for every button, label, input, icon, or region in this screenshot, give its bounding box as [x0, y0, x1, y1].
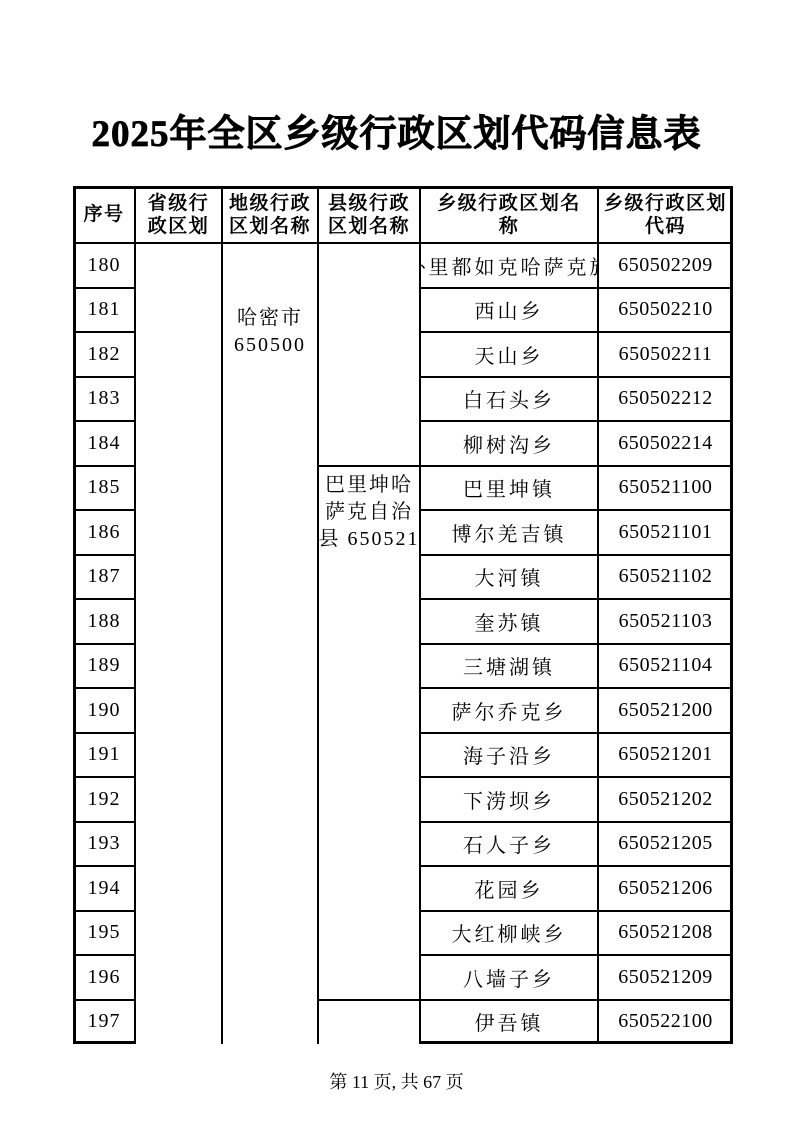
header-province: 省级行 政区划: [135, 186, 222, 243]
township-code-cell: 650502211: [598, 332, 733, 377]
row-seq: 180: [73, 243, 135, 288]
row-seq: 181: [73, 288, 135, 333]
county-cell: 巴里坤哈 萨克自治 县 650521: [318, 466, 420, 556]
township-code-cell: 650502209: [598, 243, 733, 288]
township-code-cell: 650521206: [598, 866, 733, 911]
township-code-cell: 650521104: [598, 644, 733, 689]
township-code-cell: 650521208: [598, 911, 733, 956]
header-township-name: 乡级行政区划名 称: [420, 186, 598, 243]
township-code-cell: 650521200: [598, 688, 733, 733]
township-name-cell: 奎苏镇: [420, 599, 598, 644]
row-seq: 182: [73, 332, 135, 377]
row-seq: 193: [73, 822, 135, 867]
township-code-cell: 650521209: [598, 955, 733, 1000]
township-code-cell: 650521102: [598, 555, 733, 600]
page-title: 2025年全区乡级行政区划代码信息表: [0, 103, 793, 157]
row-seq: 183: [73, 377, 135, 422]
row-seq: 188: [73, 599, 135, 644]
township-name-cell: 柳树沟乡: [420, 421, 598, 466]
township-name-cell: 萨尔乔克乡: [420, 688, 598, 733]
page-number-footer: 第 11 页, 共 67 页: [0, 1068, 793, 1094]
prefecture-cell: 哈密市 650500: [222, 288, 318, 377]
township-name-cell: 白石头乡: [420, 377, 598, 422]
township-name-cell: 下涝坝乡: [420, 777, 598, 822]
township-code-cell: 650521205: [598, 822, 733, 867]
division-code-table: 序号 省级行 政区划 地级行政 区划名称 县级行政 区划名称 乡级行政区划名 称…: [73, 186, 733, 1044]
row-seq: 186: [73, 510, 135, 555]
row-seq: 187: [73, 555, 135, 600]
document-page: 2025年全区乡级行政区划代码信息表: [0, 0, 793, 1122]
township-name-cell: 三塘湖镇: [420, 644, 598, 689]
row-seq: 190: [73, 688, 135, 733]
township-name-cell: 花园乡: [420, 866, 598, 911]
township-name-cell: 八墙子乡: [420, 955, 598, 1000]
row-seq: 185: [73, 466, 135, 511]
header-seq: 序号: [73, 186, 135, 243]
header-prefecture: 地级行政 区划名称: [222, 186, 318, 243]
township-code-cell: 650521100: [598, 466, 733, 511]
row-seq: 192: [73, 777, 135, 822]
row-seq: 194: [73, 866, 135, 911]
township-name-cell: 石人子乡: [420, 822, 598, 867]
township-code-cell: 650521101: [598, 510, 733, 555]
township-code-cell: 650502210: [598, 288, 733, 333]
header-county: 县级行政 区划名称: [318, 186, 420, 243]
township-name-cell: 德外里都如克哈萨克族乡: [420, 243, 598, 288]
row-seq: 196: [73, 955, 135, 1000]
township-name-cell: 天山乡: [420, 332, 598, 377]
township-name-cell: 巴里坤镇: [420, 466, 598, 511]
township-name-cell: 海子沿乡: [420, 733, 598, 778]
township-code-cell: 650522100: [598, 1000, 733, 1045]
township-name-cell: 西山乡: [420, 288, 598, 333]
township-name-cell: 伊吾镇: [420, 1000, 598, 1045]
header-township-code: 乡级行政区划 代码: [598, 186, 733, 243]
township-code-cell: 650521103: [598, 599, 733, 644]
row-seq: 189: [73, 644, 135, 689]
township-name-cell: 大红柳峡乡: [420, 911, 598, 956]
row-seq: 195: [73, 911, 135, 956]
row-seq: 191: [73, 733, 135, 778]
row-seq: 197: [73, 1000, 135, 1045]
row-seq: 184: [73, 421, 135, 466]
township-code-cell: 650502212: [598, 377, 733, 422]
township-name-cell: 博尔羌吉镇: [420, 510, 598, 555]
township-name-cell: 大河镇: [420, 555, 598, 600]
township-code-cell: 650521202: [598, 777, 733, 822]
township-code-cell: 650502214: [598, 421, 733, 466]
township-code-cell: 650521201: [598, 733, 733, 778]
